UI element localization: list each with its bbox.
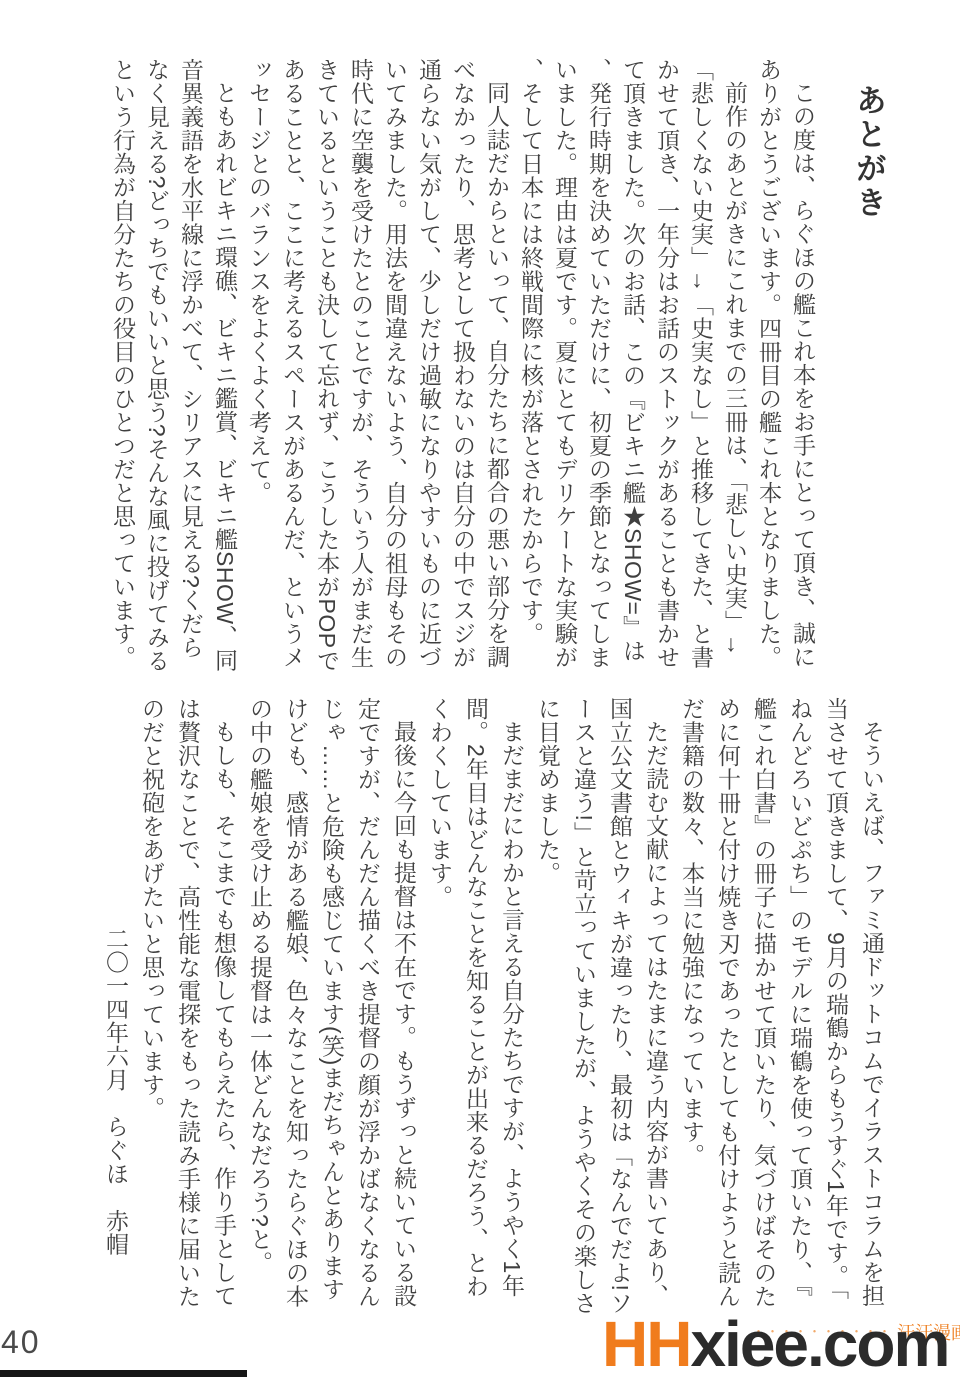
paragraph: 同人誌だからといって、自分たちに都合の悪い部分を調べなかったり、思考として扱わな… [242, 58, 514, 678]
watermark-brand-prefix: HH [602, 1308, 690, 1377]
afterword-top-section: あとがき この度は、らぐほの艦これ本をお手にとって頂き、誠にありがとうございます… [106, 58, 890, 678]
paragraph: まだまだにわかと言える自分たちですが、ようやく1年間。2年目はどんなことを知るこ… [422, 697, 530, 1317]
paragraph: もしも、そこまでも想像してもらえたら、作り手としては贅沢なことで、高性能な電探を… [134, 697, 242, 1317]
afterword-page: あとがき この度は、らぐほの艦これ本をお手にとって頂き、誠にありがとうございます… [0, 0, 960, 1377]
paragraph: 前作のあとがきにこれまでの三冊は、「悲しい史実」→「悲しくない史実」→「史実なし… [514, 58, 752, 678]
paragraph: そういえば、ファミ通ドットコムでイラストコラムを担当させて頂きまして、9月の瑞鶴… [674, 697, 890, 1317]
paragraph: この度は、らぐほの艦これ本をお手にとって頂き、誠にありがとうございます。四冊目の… [752, 58, 820, 678]
watermark-brand: HHxiee.com [602, 1312, 948, 1376]
paragraph: ともあれビキニ環礁、ビキニ鑑賞、ビキニ艦SHOW、同音異義語を水平線に浮かべて、… [106, 58, 242, 678]
paragraph: ただ読む文献によってはたまに違う内容が書いてあり、国立公文書館とウィキが違ったり… [530, 697, 674, 1317]
afterword-title: あとがき [846, 58, 890, 678]
scan-edge-bar [0, 1370, 247, 1377]
date-signature: 二〇一四年六月 らぐほ 赤帽 [98, 697, 134, 1317]
afterword-bottom-section: そういえば、ファミ通ドットコムでイラストコラムを担当させて頂きまして、9月の瑞鶴… [98, 697, 890, 1317]
paragraph: 最後に今回も提督は不在です。もうずっと続いている設定ですが、だんだん描くべき提督… [242, 697, 422, 1317]
watermark-brand-suffix: xiee.com [690, 1308, 948, 1377]
page-number: 40 [1, 1324, 41, 1361]
